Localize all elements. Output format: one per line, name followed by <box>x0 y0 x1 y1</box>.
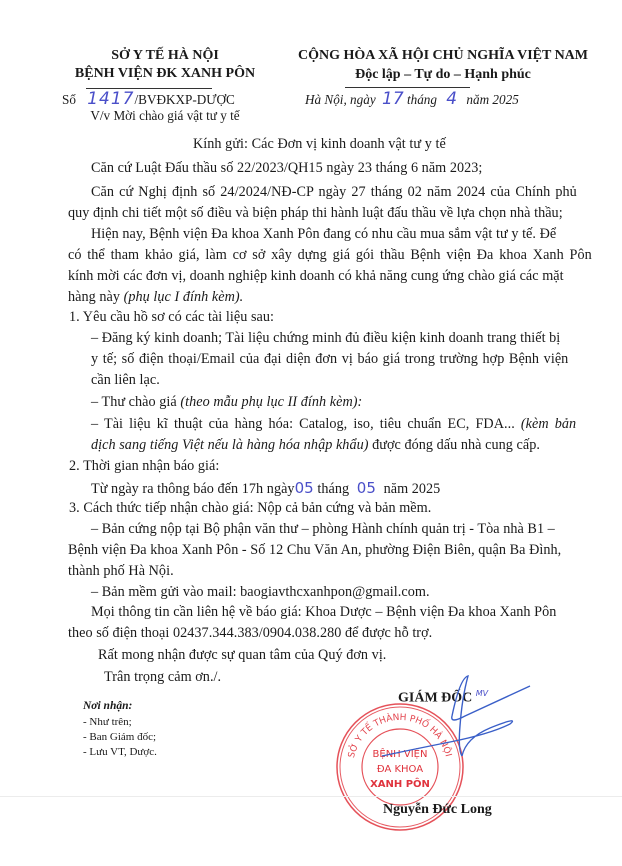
section-1-item-1-line2: y tế; số điện thoại/Email của đại diện đ… <box>91 351 568 368</box>
section-3-soft: – Bản mềm gửi vào mail: baogiavthcxanhpo… <box>91 584 430 601</box>
intro-line-2: có thể tham khảo giá, làm cơ sở xây dựng… <box>68 247 592 264</box>
legal-basis-2-line2: quy định chi tiết một số điều và biện ph… <box>68 205 563 222</box>
nation-name: CỘNG HÒA XÃ HỘI CHỦ NGHĨA VIỆT NAM <box>278 47 608 65</box>
section-1-item-1-line1: – Đăng ký kinh doanh; Tài liệu chứng min… <box>91 330 560 347</box>
recipients-title: Nơi nhận: <box>83 699 157 714</box>
section-1-item-1-line3: cần liên lạc. <box>91 372 160 389</box>
edge-seal-mark <box>614 268 622 328</box>
section-1-title: 1. Yêu cầu hồ sơ có các tài liệu sau: <box>69 309 274 326</box>
recipient-item: - Ban Giám đốc; <box>83 730 157 745</box>
handwritten-deadline-day: 05 <box>295 479 314 497</box>
national-motto: Độc lập – Tự do – Hạnh phúc <box>278 65 608 84</box>
intro-line-3: kính mời các đơn vị, doanh nghiệp kinh d… <box>68 268 564 285</box>
department-name: SỞ Y TẾ HÀ NỘI <box>45 47 285 65</box>
signature-scribble <box>370 638 540 768</box>
legal-basis-2-line1: Căn cứ Nghị định số 24/2024/NĐ-CP ngày 2… <box>91 184 577 201</box>
national-header: CỘNG HÒA XÃ HỘI CHỦ NGHĨA VIỆT NAM Độc l… <box>278 47 608 84</box>
place-date: Hà Nội, ngày 17 tháng 4 năm 2025 <box>305 89 519 110</box>
section-1-item-3-line1: – Tài liệu kĩ thuật của hàng hóa: Catalo… <box>91 416 576 433</box>
section-1-item-3-line2: dịch sang tiếng Việt nếu là hàng hóa nhậ… <box>91 437 540 454</box>
handwritten-month: 4 <box>446 89 457 109</box>
signature-icon <box>370 638 540 768</box>
seal-edge-icon <box>614 268 622 328</box>
legal-basis-1: Căn cứ Luật Đấu thầu số 22/2023/QH15 ngà… <box>91 160 482 177</box>
section-3-title: 3. Cách thức tiếp nhận chào giá: Nộp cả … <box>69 500 431 517</box>
section-3-hard-line2: Bệnh viện Đa khoa Xanh Pôn - Số 12 Chu V… <box>68 542 561 559</box>
recipient-item: - Lưu VT, Dược. <box>83 745 157 760</box>
recipient-item: - Như trên; <box>83 715 157 730</box>
intro-line-1: Hiện nay, Bệnh viện Đa khoa Xanh Pôn đan… <box>91 226 556 243</box>
handwritten-day: 17 <box>382 89 404 109</box>
section-1-item-2: – Thư chào giá (theo mẫu phụ lục II đính… <box>91 394 362 411</box>
svg-text:XANH PÔN: XANH PÔN <box>370 777 430 790</box>
intro-line-4: hàng này (phụ lục I đính kèm). <box>68 289 243 306</box>
hospital-name: BỆNH VIỆN ĐK XANH PÔN <box>45 65 285 83</box>
issuer-block: SỞ Y TẾ HÀ NỘI BỆNH VIỆN ĐK XANH PÔN <box>45 47 285 83</box>
page-bottom-edge <box>0 796 622 797</box>
document-subject: V/v Mời chào giá vật tư y tế <box>50 106 280 126</box>
handwritten-deadline-month: 05 <box>357 479 376 497</box>
section-2-title: 2. Thời gian nhận báo giá: <box>69 458 219 475</box>
recipient-line: Kính gửi: Các Đơn vị kinh doanh vật tư y… <box>193 136 446 153</box>
motto-underline <box>345 87 470 88</box>
section-3-hard-line1: – Bản cứng nộp tại Bộ phận văn thư – phò… <box>91 521 555 538</box>
contact-line-1: Mọi thông tin cần liên hệ về báo giá: Kh… <box>91 604 556 621</box>
recipients-block: Nơi nhận: - Như trên; - Ban Giám đốc; - … <box>83 699 157 760</box>
section-3-hard-line3: thành phố Hà Nội. <box>68 563 174 580</box>
signer-name: Nguyễn Đức Long <box>383 802 492 818</box>
closing-line-2: Trân trọng cảm ơn./. <box>104 669 221 686</box>
section-2-detail: Từ ngày ra thông báo đến 17h ngày05 thán… <box>91 479 440 498</box>
closing-line-1: Rất mong nhận được sự quan tâm của Quý đ… <box>98 647 386 664</box>
